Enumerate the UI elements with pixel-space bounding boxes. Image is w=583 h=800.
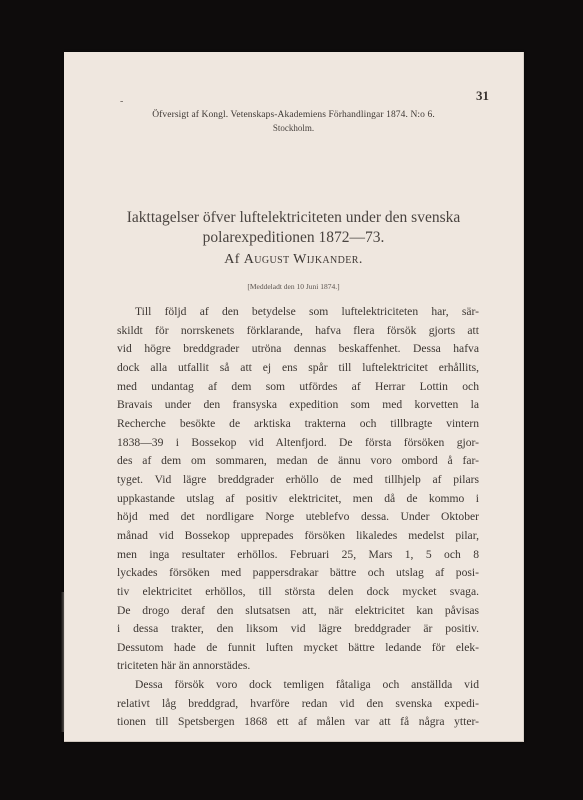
text-line: men inga resultater erhöllos. Februari 2… — [117, 546, 479, 565]
journal-header: Öfversigt af Kongl. Vetenskaps-Akademien… — [64, 110, 523, 120]
text-line: skildt för norrskenets förklarande, hafv… — [117, 322, 479, 341]
paragraph: Dessa försök voro dock temligen fåtaliga… — [117, 676, 479, 732]
text-line: Dessa försök voro dock temligen fåtaliga… — [117, 676, 479, 695]
text-line: månad vid Bossekop upprepades försöken l… — [117, 527, 479, 546]
text-line: dock alla utfallit så att ej ens spår ti… — [117, 359, 479, 378]
author-name: August Wijkander. — [244, 252, 363, 267]
body-text: Till följd af den betydelse som luftelek… — [117, 303, 479, 732]
page-number: 31 — [476, 88, 489, 104]
document-page: - 31 Öfversigt af Kongl. Vetenskaps-Akad… — [64, 52, 524, 742]
text-line: triciteten här än annorstädes. — [117, 657, 479, 676]
stray-mark: - — [120, 96, 123, 107]
journal-city: Stockholm. — [64, 123, 523, 133]
article-title-line-1: Iakttagelser öfver luftelektriciteten un… — [64, 208, 523, 228]
paragraph: Till följd af den betydelse som luftelek… — [117, 303, 479, 676]
text-line: Recherche besökte de arktiska trakterna … — [117, 415, 479, 434]
text-line: 1838—39 i Bossekop vid Altenfjord. De fö… — [117, 434, 479, 453]
text-line: relativt låg breddgrad, hvarföre redan v… — [117, 695, 479, 714]
text-line: i dessa trakter, den liksom vid lägre br… — [117, 620, 479, 639]
text-line: Till följd af den betydelse som luftelek… — [117, 303, 479, 322]
communicated-date: [Meddeladt den 10 Juni 1874.] — [64, 282, 523, 291]
text-line: lyckades försöken med pappersdrakar bätt… — [117, 564, 479, 583]
text-line: De drogo deraf den slutsatsen att, när e… — [117, 602, 479, 621]
text-line: Bravais under den fransyska expedition s… — [117, 396, 479, 415]
text-line: tionen till Spetsbergen 1868 ett af måle… — [117, 713, 479, 732]
text-line: uppkastande utslag af positiv elektricit… — [117, 490, 479, 509]
article-title: Iakttagelser öfver luftelektriciteten un… — [64, 208, 523, 248]
text-line: tyget. Vid lägre breddgrader erhöllo de … — [117, 471, 479, 490]
text-line: Dessutom hade de funnit luften mycket bä… — [117, 639, 479, 658]
text-line: vid högre breddgrader utröna dennas besk… — [117, 340, 479, 359]
text-line: med undantag af dem som utfördes af Herr… — [117, 378, 479, 397]
text-line: des af dem om sommaren, medan de ännu vo… — [117, 452, 479, 471]
text-line: tiv elektricitet erhöllos, till största … — [117, 583, 479, 602]
author-prefix: Af — [224, 252, 240, 267]
text-line: höjd med det nordligare Norge uteblefvo … — [117, 508, 479, 527]
article-title-line-2: polarexpeditionen 1872—73. — [64, 228, 523, 248]
author-line: Af August Wijkander. — [64, 252, 523, 268]
